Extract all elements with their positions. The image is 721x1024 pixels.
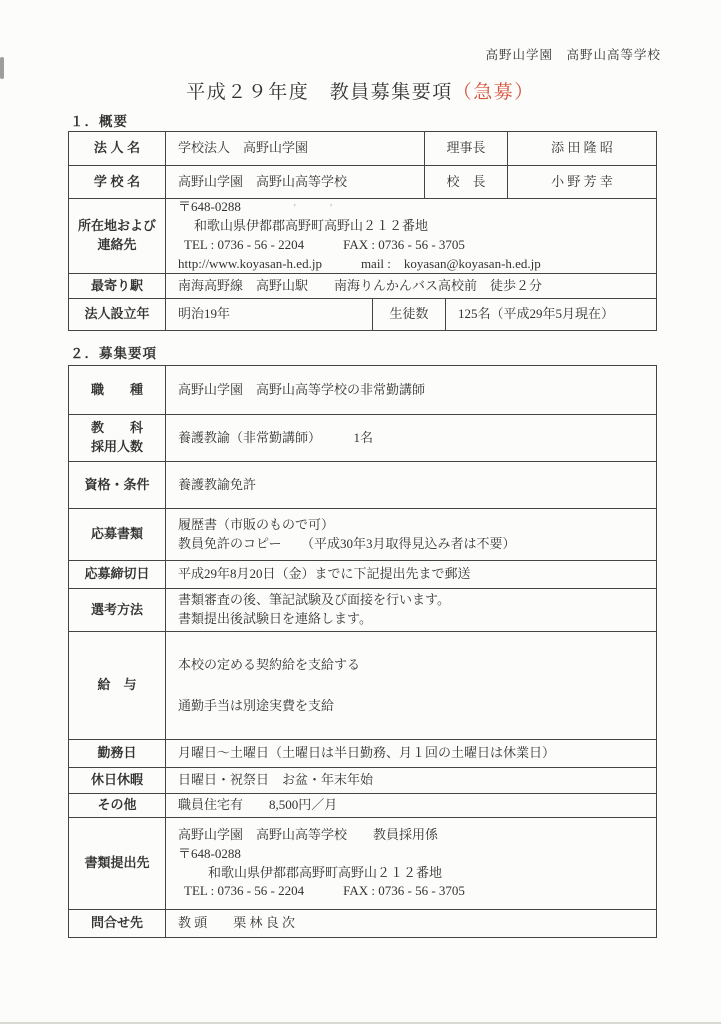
row-qualification: 資格・条件 養護教諭免許 — [69, 461, 656, 508]
row-founded: 法人設立年 明治19年 生徒数 125名（平成29年5月現在） — [69, 298, 656, 330]
documents-line2: 教員免許のコピー （平成30年3月取得見込み者は不要） — [178, 535, 656, 554]
submission-label: 書類提出先 — [69, 818, 165, 909]
web-mail-line: http://www.koyasan-h.ed.jp mail : koyasa… — [178, 255, 656, 274]
row-nearest-station: 最寄り駅 南海高野線 高野山駅 南海りんかんバス高校前 徒歩２分 — [69, 273, 656, 298]
section-heading-overview: １．概要 — [70, 110, 128, 130]
selection-line2: 書類提出後試験日を連絡します。 — [178, 610, 656, 629]
row-position: 職 種 高野山学園 高野山高等学校の非常勤講師 — [69, 366, 656, 414]
principal-name: 小 野 芳 幸 — [507, 166, 656, 198]
founded-label: 法人設立年 — [69, 299, 165, 330]
address-value: 〒648-0288’ ’ 和歌山県伊都郡高野町高野山２１２番地 TEL : 07… — [165, 199, 656, 273]
row-holidays: 休日休暇 日曜日・祝祭日 お盆・年末年始 — [69, 767, 656, 793]
submission-line3: 和歌山県伊都郡高野町高野山２１２番地 — [178, 864, 656, 883]
row-other: その他 職員住宅有 8,500円／月 — [69, 793, 656, 817]
documents-value: 履歴書（市販のもので可） 教員免許のコピー （平成30年3月取得見込み者は不要） — [165, 509, 656, 560]
selection-value: 書類審査の後、筆記試験及び面接を行います。 書類提出後試験日を連絡します。 — [165, 589, 656, 631]
selection-line1: 書類審査の後、筆記試験及び面接を行います。 — [178, 591, 656, 610]
row-school: 学 校 名 高野山学園 高野山高等学校 校 長 小 野 芳 幸 — [69, 165, 656, 198]
corporation-label: 法 人 名 — [69, 132, 165, 165]
other-label: その他 — [69, 794, 165, 817]
row-deadline: 応募締切日 平成29年8月20日（金）までに下記提出先まで郵送 — [69, 560, 656, 588]
row-submission: 書類提出先 高野山学園 高野山高等学校 教員採用係 〒648-0288 和歌山県… — [69, 817, 656, 909]
students-value: 125名（平成29年5月現在） — [445, 299, 656, 330]
salary-line2: 通勤手当は別途実費を支給 — [178, 697, 656, 716]
scan-edge-artifact — [0, 57, 4, 79]
workdays-value: 月曜日～土曜日（土曜日は半日勤務、月１回の土曜日は休業日） — [165, 740, 656, 767]
recruitment-table: 職 種 高野山学園 高野山高等学校の非常勤講師 教 科 採用人数 養護教諭（非常… — [68, 365, 657, 938]
subject-value: 養護教諭（非常勤講師） 1名 — [165, 415, 656, 461]
school-label: 学 校 名 — [69, 166, 165, 198]
subject-label-line1: 教 科 — [91, 419, 143, 438]
position-value: 高野山学園 高野山高等学校の非常勤講師 — [165, 366, 656, 414]
address-label: 所在地および 連絡先 — [69, 199, 165, 273]
workdays-label: 勤務日 — [69, 740, 165, 767]
row-workdays: 勤務日 月曜日～土曜日（土曜日は半日勤務、月１回の土曜日は休業日） — [69, 739, 656, 767]
street-address: 和歌山県伊都郡高野町高野山２１２番地 — [178, 217, 656, 236]
qualification-value: 養護教諭免許 — [165, 462, 656, 508]
station-label: 最寄り駅 — [69, 274, 165, 298]
header-school-name: 高野山学園 高野山高等学校 — [485, 45, 661, 63]
row-subject: 教 科 採用人数 養護教諭（非常勤講師） 1名 — [69, 414, 656, 461]
holidays-value: 日曜日・祝祭日 お盆・年末年始 — [165, 768, 656, 793]
documents-line1: 履歴書（市販のもので可） — [178, 516, 656, 535]
principal-label: 校 長 — [424, 166, 507, 198]
holidays-label: 休日休暇 — [69, 768, 165, 793]
row-corporation: 法 人 名 学校法人 高野山学園 理事長 添 田 隆 昭 — [69, 132, 656, 165]
submission-line2: 〒648-0288 — [178, 845, 656, 864]
row-contact: 問合せ先 教 頭 栗 林 良 次 — [69, 909, 656, 937]
document-title: 平成２９年度 教員募集要項（急募） — [0, 77, 721, 104]
salary-label: 給 与 — [69, 632, 165, 739]
deadline-label: 応募締切日 — [69, 561, 165, 588]
corporation-value: 学校法人 高野山学園 — [165, 132, 424, 165]
station-value: 南海高野線 高野山駅 南海りんかんバス高校前 徒歩２分 — [165, 274, 656, 298]
subject-label-line2: 採用人数 — [91, 438, 143, 457]
school-value: 高野山学園 高野山高等学校 — [165, 166, 424, 198]
row-salary: 給 与 本校の定める契約給を支給する 通勤手当は別途実費を支給 — [69, 631, 656, 739]
students-label: 生徒数 — [372, 299, 445, 330]
document-title-main: 平成２９年度 教員募集要項 — [186, 82, 453, 103]
address-label-line2: 連絡先 — [97, 236, 136, 255]
chairman-name: 添 田 隆 昭 — [507, 132, 656, 165]
address-label-line1: 所在地および — [78, 217, 156, 236]
documents-label: 応募書類 — [69, 509, 165, 560]
submission-line4: TEL : 0736 - 56 - 2204 FAX : 0736 - 56 -… — [178, 882, 656, 901]
submission-value: 高野山学園 高野山高等学校 教員採用係 〒648-0288 和歌山県伊都郡高野町… — [165, 818, 656, 909]
postal-code: 〒648-0288 — [178, 199, 241, 214]
scanned-document-page: 高野山学園 高野山高等学校 平成２９年度 教員募集要項（急募） １．概要 法 人… — [0, 0, 721, 1024]
section-heading-recruitment: ２．募集要項 — [70, 342, 157, 362]
salary-line1: 本校の定める契約給を支給する — [178, 656, 656, 675]
row-selection: 選考方法 書類審査の後、筆記試験及び面接を行います。 書類提出後試験日を連絡しま… — [69, 588, 656, 631]
row-address: 所在地および 連絡先 〒648-0288’ ’ 和歌山県伊都郡高野町高野山２１２… — [69, 198, 656, 273]
postal-code-line: 〒648-0288’ ’ — [178, 198, 656, 217]
chairman-label: 理事長 — [424, 132, 507, 165]
salary-value: 本校の定める契約給を支給する 通勤手当は別途実費を支給 — [165, 632, 656, 739]
handwritten-marks: ’ ’ — [293, 202, 333, 214]
deadline-value: 平成29年8月20日（金）までに下記提出先まで郵送 — [165, 561, 656, 588]
contact-label: 問合せ先 — [69, 910, 165, 937]
contact-value: 教 頭 栗 林 良 次 — [165, 910, 656, 937]
row-documents: 応募書類 履歴書（市販のもので可） 教員免許のコピー （平成30年3月取得見込み… — [69, 508, 656, 560]
founded-value: 明治19年 — [165, 299, 372, 330]
selection-label: 選考方法 — [69, 589, 165, 631]
subject-label: 教 科 採用人数 — [69, 415, 165, 461]
qualification-label: 資格・条件 — [69, 462, 165, 508]
tel-fax-line: TEL : 0736 - 56 - 2204 FAX : 0736 - 56 -… — [178, 236, 656, 255]
overview-table: 法 人 名 学校法人 高野山学園 理事長 添 田 隆 昭 学 校 名 高野山学園… — [68, 131, 657, 331]
position-label: 職 種 — [69, 366, 165, 414]
submission-line1: 高野山学園 高野山高等学校 教員採用係 — [178, 826, 656, 845]
other-value: 職員住宅有 8,500円／月 — [165, 794, 656, 817]
document-title-urgent: （急募） — [453, 82, 535, 103]
